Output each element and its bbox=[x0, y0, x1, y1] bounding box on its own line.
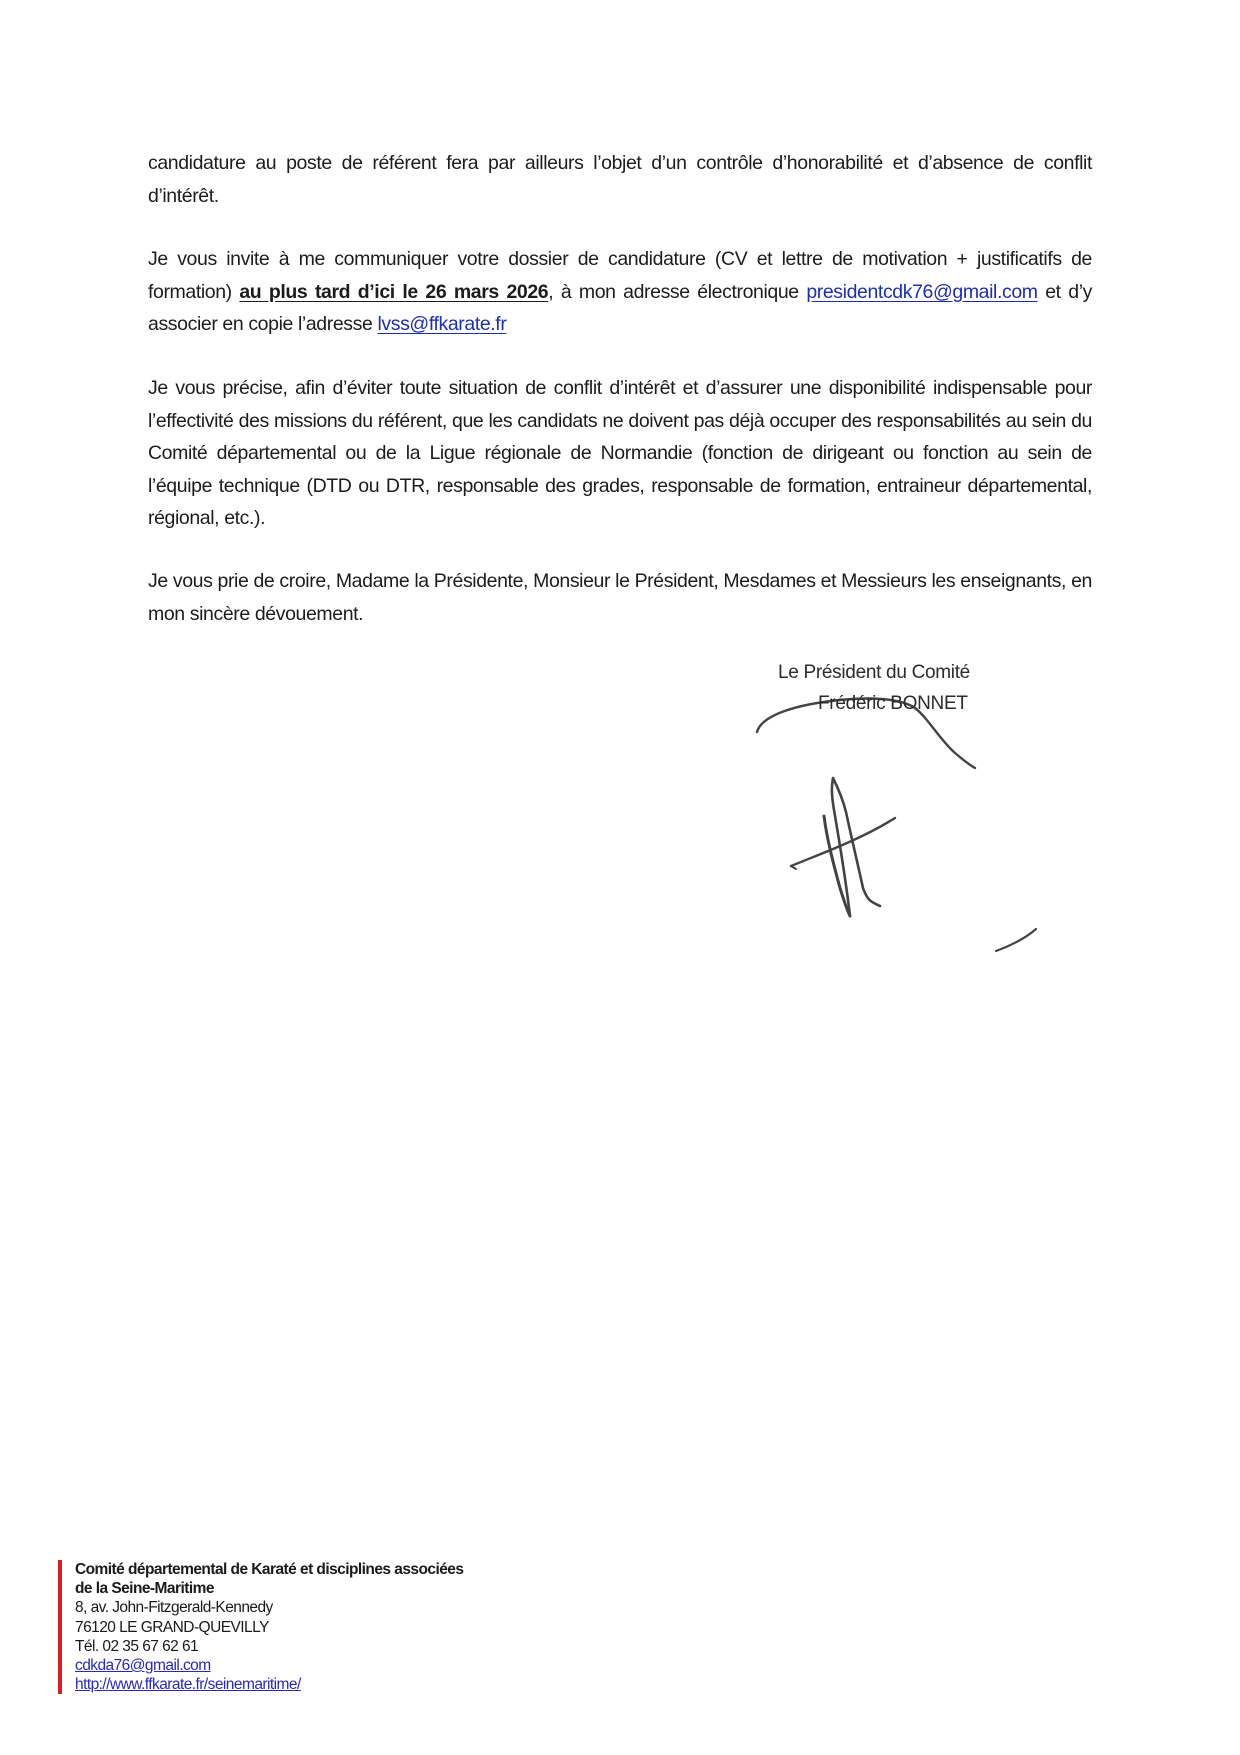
paragraph-text: Je vous précise, afin d’éviter toute sit… bbox=[148, 372, 1092, 535]
signatory-title: Le Président du Comité bbox=[778, 662, 970, 684]
paragraph-application-instructions: Je vous invite à me communiquer votre do… bbox=[148, 243, 1092, 341]
phone-number: Tél. 02 35 67 62 61 bbox=[75, 1637, 463, 1656]
letterhead-footer: Comité départemental de Karaté et discip… bbox=[58, 1560, 578, 1700]
paragraph-text: Je vous invite à me communiquer votre do… bbox=[148, 243, 1092, 341]
address-city: 76120 LE GRAND-QUEVILLY bbox=[75, 1618, 463, 1637]
organization-name-line1: Comité départemental de Karaté et discip… bbox=[75, 1560, 463, 1579]
signature-block: Le Président du Comité Frédéric BONNET bbox=[700, 640, 1120, 980]
paragraph-text: candidature au poste de référent fera pa… bbox=[148, 147, 1092, 212]
footer-email-link[interactable]: cdkda76@gmail.com bbox=[75, 1656, 463, 1675]
footer-accent-bar bbox=[58, 1560, 62, 1694]
signatory-name: Frédéric BONNET bbox=[818, 693, 968, 715]
address-street: 8, av. John-Fitzgerald-Kennedy bbox=[75, 1598, 463, 1617]
deadline-text: au plus tard d’ici le 26 mars 2026 bbox=[239, 281, 548, 303]
instructions-text-middle: , à mon adresse électronique bbox=[548, 281, 806, 303]
footer-website-link[interactable]: http://www.ffkarate.fr/seinemaritime/ bbox=[75, 1675, 463, 1694]
document-page: candidature au poste de référent fera pa… bbox=[0, 0, 1240, 1755]
paragraph-text: Je vous prie de croire, Madame la Présid… bbox=[148, 565, 1092, 630]
paragraph-closing: Je vous prie de croire, Madame la Présid… bbox=[148, 565, 1092, 630]
paragraph-honorability: candidature au poste de référent fera pa… bbox=[148, 147, 1092, 212]
president-email-link[interactable]: presidentcdk76@gmail.com bbox=[806, 281, 1037, 303]
footer-contact-block: Comité départemental de Karaté et discip… bbox=[75, 1560, 463, 1694]
handwritten-signature-icon bbox=[700, 640, 1120, 980]
organization-name-line2: de la Seine-Maritime bbox=[75, 1579, 463, 1598]
paragraph-conflict-of-interest: Je vous précise, afin d’éviter toute sit… bbox=[148, 372, 1092, 535]
copy-email-link[interactable]: lvss@ffkarate.fr bbox=[377, 313, 506, 335]
